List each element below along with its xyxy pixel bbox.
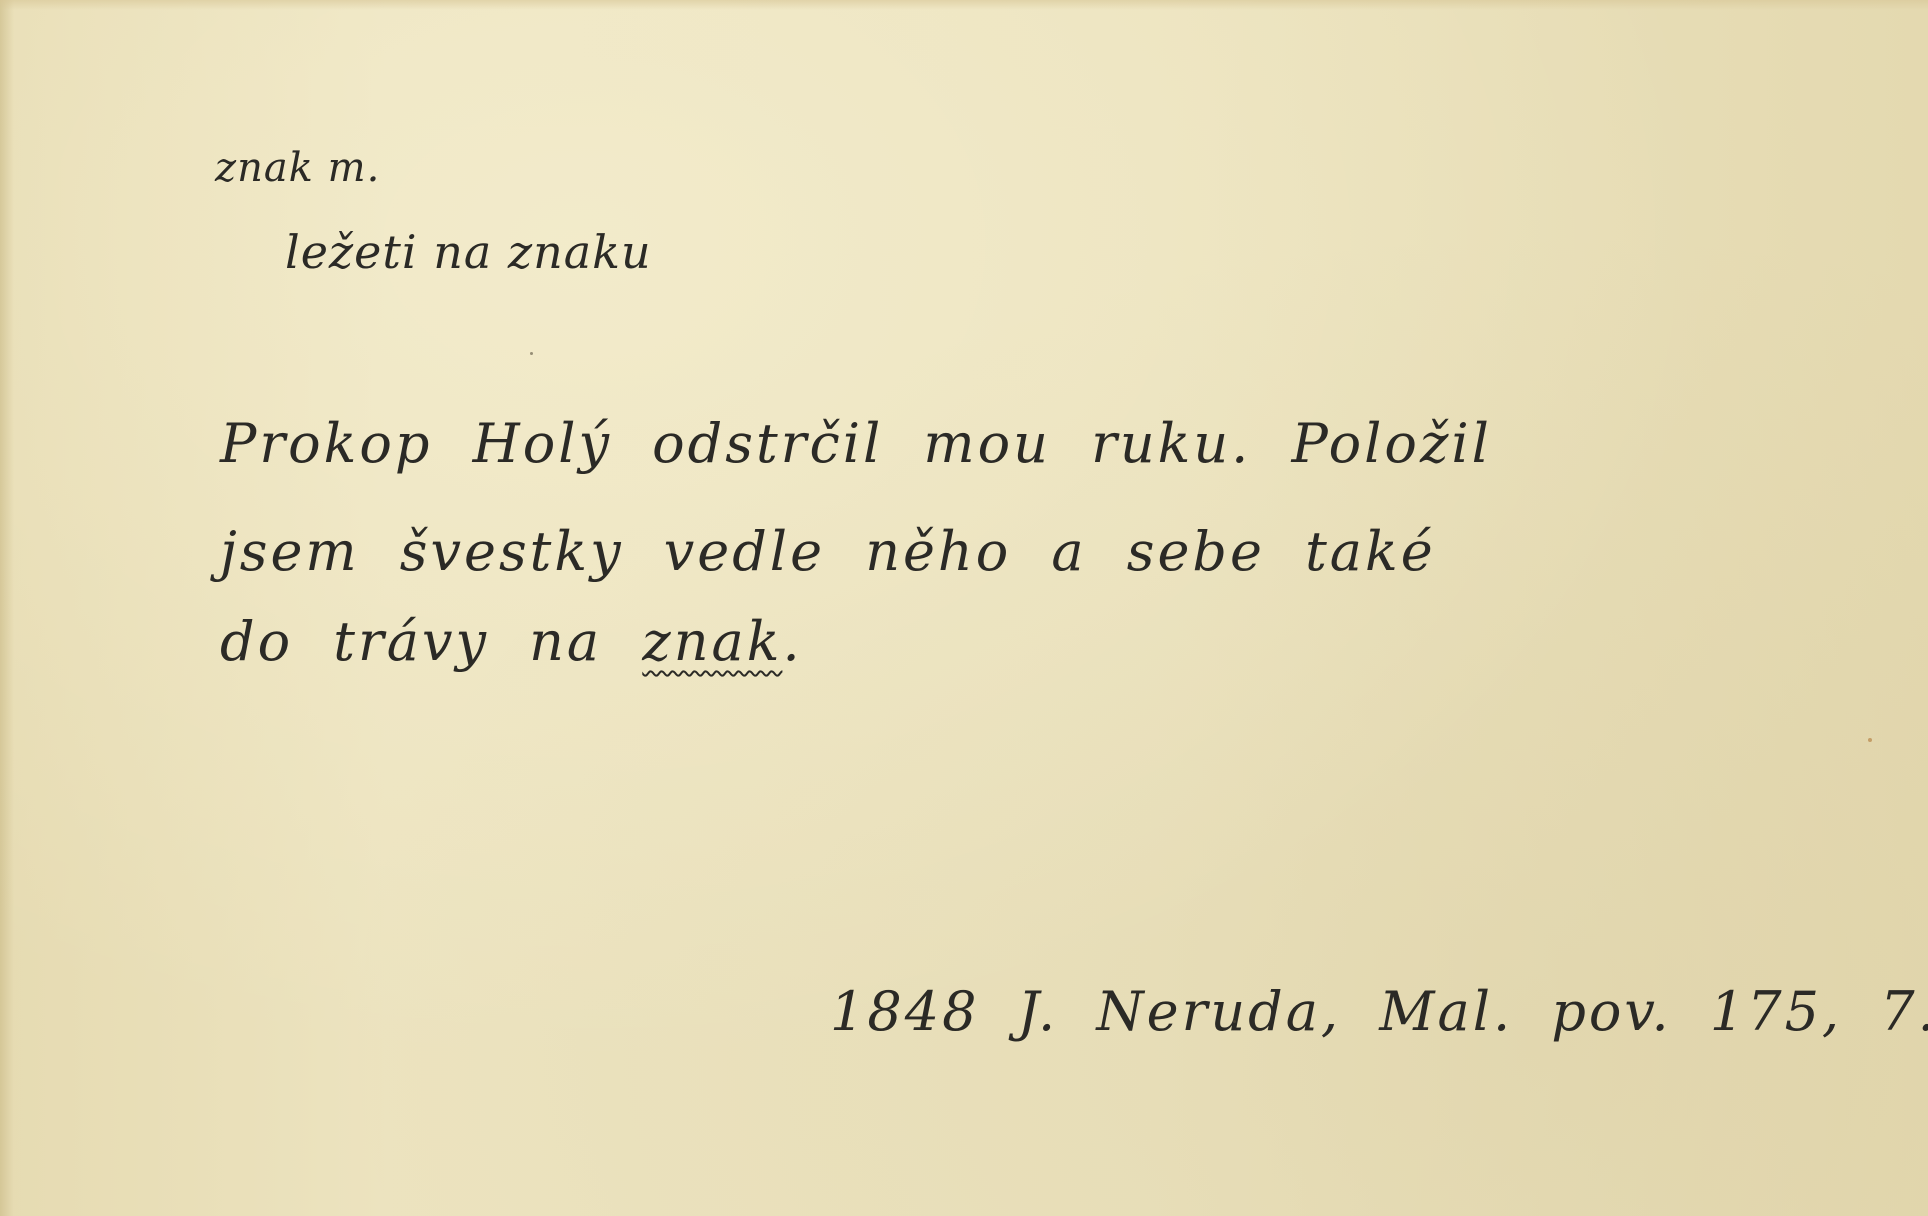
highlighted-headword: znak xyxy=(642,610,782,673)
paper-speck xyxy=(530,352,533,355)
example-line-3-end: . xyxy=(782,610,802,673)
dictionary-card: znak m. ležeti na znaku Prokop Holý odst… xyxy=(0,0,1928,1216)
paper-speck xyxy=(1233,1020,1236,1023)
paper-edge-left xyxy=(0,0,14,1216)
headword-line: znak m. xyxy=(215,145,380,191)
paper-stain xyxy=(1868,738,1872,742)
phrase-line: ležeti na znaku xyxy=(285,225,652,279)
citation: 1848 J. Neruda, Mal. pov. 175, 7. xyxy=(830,980,1928,1043)
example-line-1: Prokop Holý odstrčil mou ruku. Položil xyxy=(220,412,1492,475)
example-line-3-start: do trávy na xyxy=(220,610,642,673)
example-line-3: do trávy na znak. xyxy=(220,610,803,673)
example-line-2: jsem švestky vedle něho a sebe také xyxy=(220,520,1436,583)
paper-edge-top xyxy=(0,0,1928,10)
